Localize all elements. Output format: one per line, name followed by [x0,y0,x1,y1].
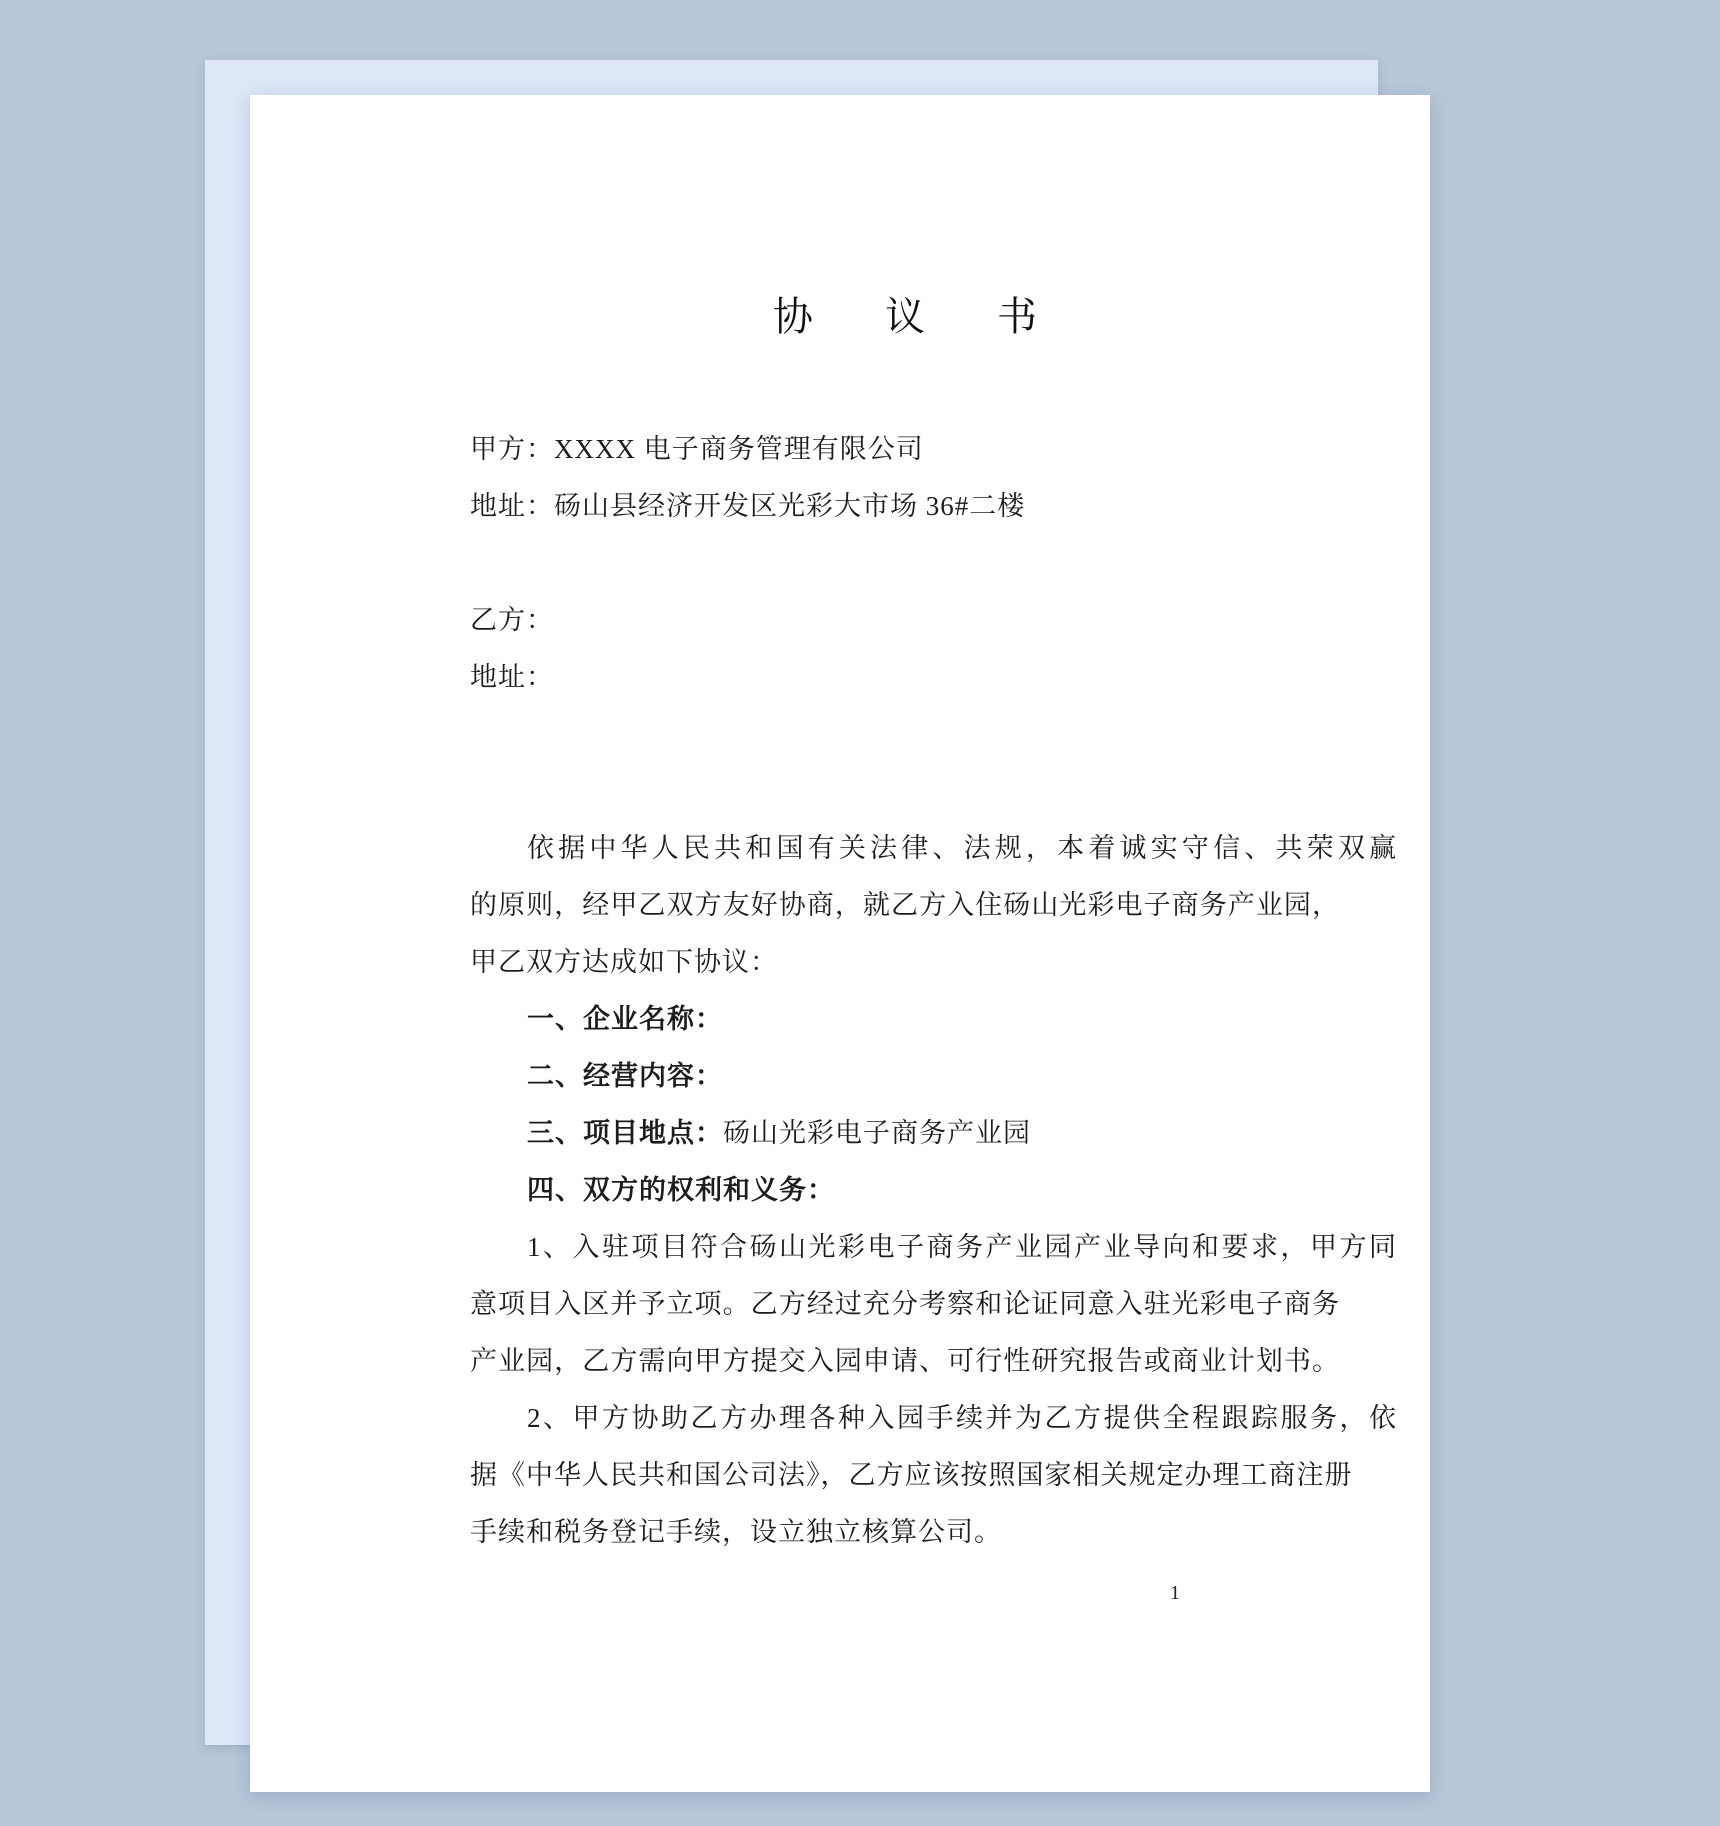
clause-heading: 二、经营内容： [527,1061,723,1091]
body-line-text: 甲乙双方达成如下协议： [470,947,778,977]
party-a-address-line: 地址：砀山县经济开发区光彩大市场 36#二楼 [470,478,1340,535]
document-title: 协 议 书 [470,293,1340,341]
body-line-text: 的原则，经甲乙双方友好协商，就乙方入住砀山光彩电子商务产业园， [470,890,1340,920]
body-line-text: 据《中华人民共和国公司法》，乙方应该按照国家相关规定办理工商注册 [470,1460,1353,1490]
body-line: 2、甲方协助乙方办理各种入园手续并为乙方提供全程跟踪服务，依 [470,1390,1397,1447]
body-line: 一、企业名称： [470,991,1397,1048]
body-line: 三、项目地点：砀山光彩电子商务产业园 [470,1105,1397,1162]
body-line-text: 1、入驻项目符合砀山光彩电子商务产业园产业导向和要求，甲方同 [527,1232,1397,1262]
party-b-line: 乙方： [470,592,1340,649]
desktop-background: { "header": { "title": "协 议 书" }, "parti… [0,0,1720,1826]
body-line: 据《中华人民共和国公司法》，乙方应该按照国家相关规定办理工商注册 [470,1447,1340,1504]
body-line: 依据中华人民共和国有关法律、法规，本着诚实守信、共荣双赢 [470,820,1397,877]
party-b-address-line: 地址： [470,649,1340,706]
body-line: 1、入驻项目符合砀山光彩电子商务产业园产业导向和要求，甲方同 [470,1219,1397,1276]
body-line: 意项目入区并予立项。乙方经过充分考察和论证同意入驻光彩电子商务 [470,1276,1340,1333]
body-line: 手续和税务登记手续，设立独立核算公司。 [470,1504,1340,1561]
clause-heading: 一、企业名称： [527,1004,723,1034]
document-page: 协 议 书 甲方：XXXX 电子商务管理有限公司 地址：砀山县经济开发区光彩大市… [250,95,1430,1792]
document-content: 协 议 书 甲方：XXXX 电子商务管理有限公司 地址：砀山县经济开发区光彩大市… [470,95,1340,1792]
body-line: 产业园，乙方需向甲方提交入园申请、可行性研究报告或商业计划书。 [470,1333,1340,1390]
body-line-text: 手续和税务登记手续，设立独立核算公司。 [470,1517,1002,1547]
clause-heading: 四、双方的权利和义务： [527,1175,835,1205]
body-line: 甲乙双方达成如下协议： [470,934,1340,991]
party-a-line: 甲方：XXXX 电子商务管理有限公司 [470,421,1340,478]
body-line-text: 依据中华人民共和国有关法律、法规，本着诚实守信、共荣双赢 [527,833,1397,863]
body-line-text: 产业园，乙方需向甲方提交入园申请、可行性研究报告或商业计划书。 [470,1346,1340,1376]
body-line-text: 意项目入区并予立项。乙方经过充分考察和论证同意入驻光彩电子商务 [470,1289,1340,1319]
body-line-text: 2、甲方协助乙方办理各种入园手续并为乙方提供全程跟踪服务，依 [527,1403,1397,1433]
body-line: 的原则，经甲乙双方友好协商，就乙方入住砀山光彩电子商务产业园， [470,877,1340,934]
clause-heading: 三、项目地点： [527,1118,723,1148]
body-line: 二、经营内容： [470,1048,1397,1105]
body-line: 四、双方的权利和义务： [470,1162,1397,1219]
body-line-text: 砀山光彩电子商务产业园 [723,1118,1031,1148]
page-number: 1 [1070,1581,1180,1605]
